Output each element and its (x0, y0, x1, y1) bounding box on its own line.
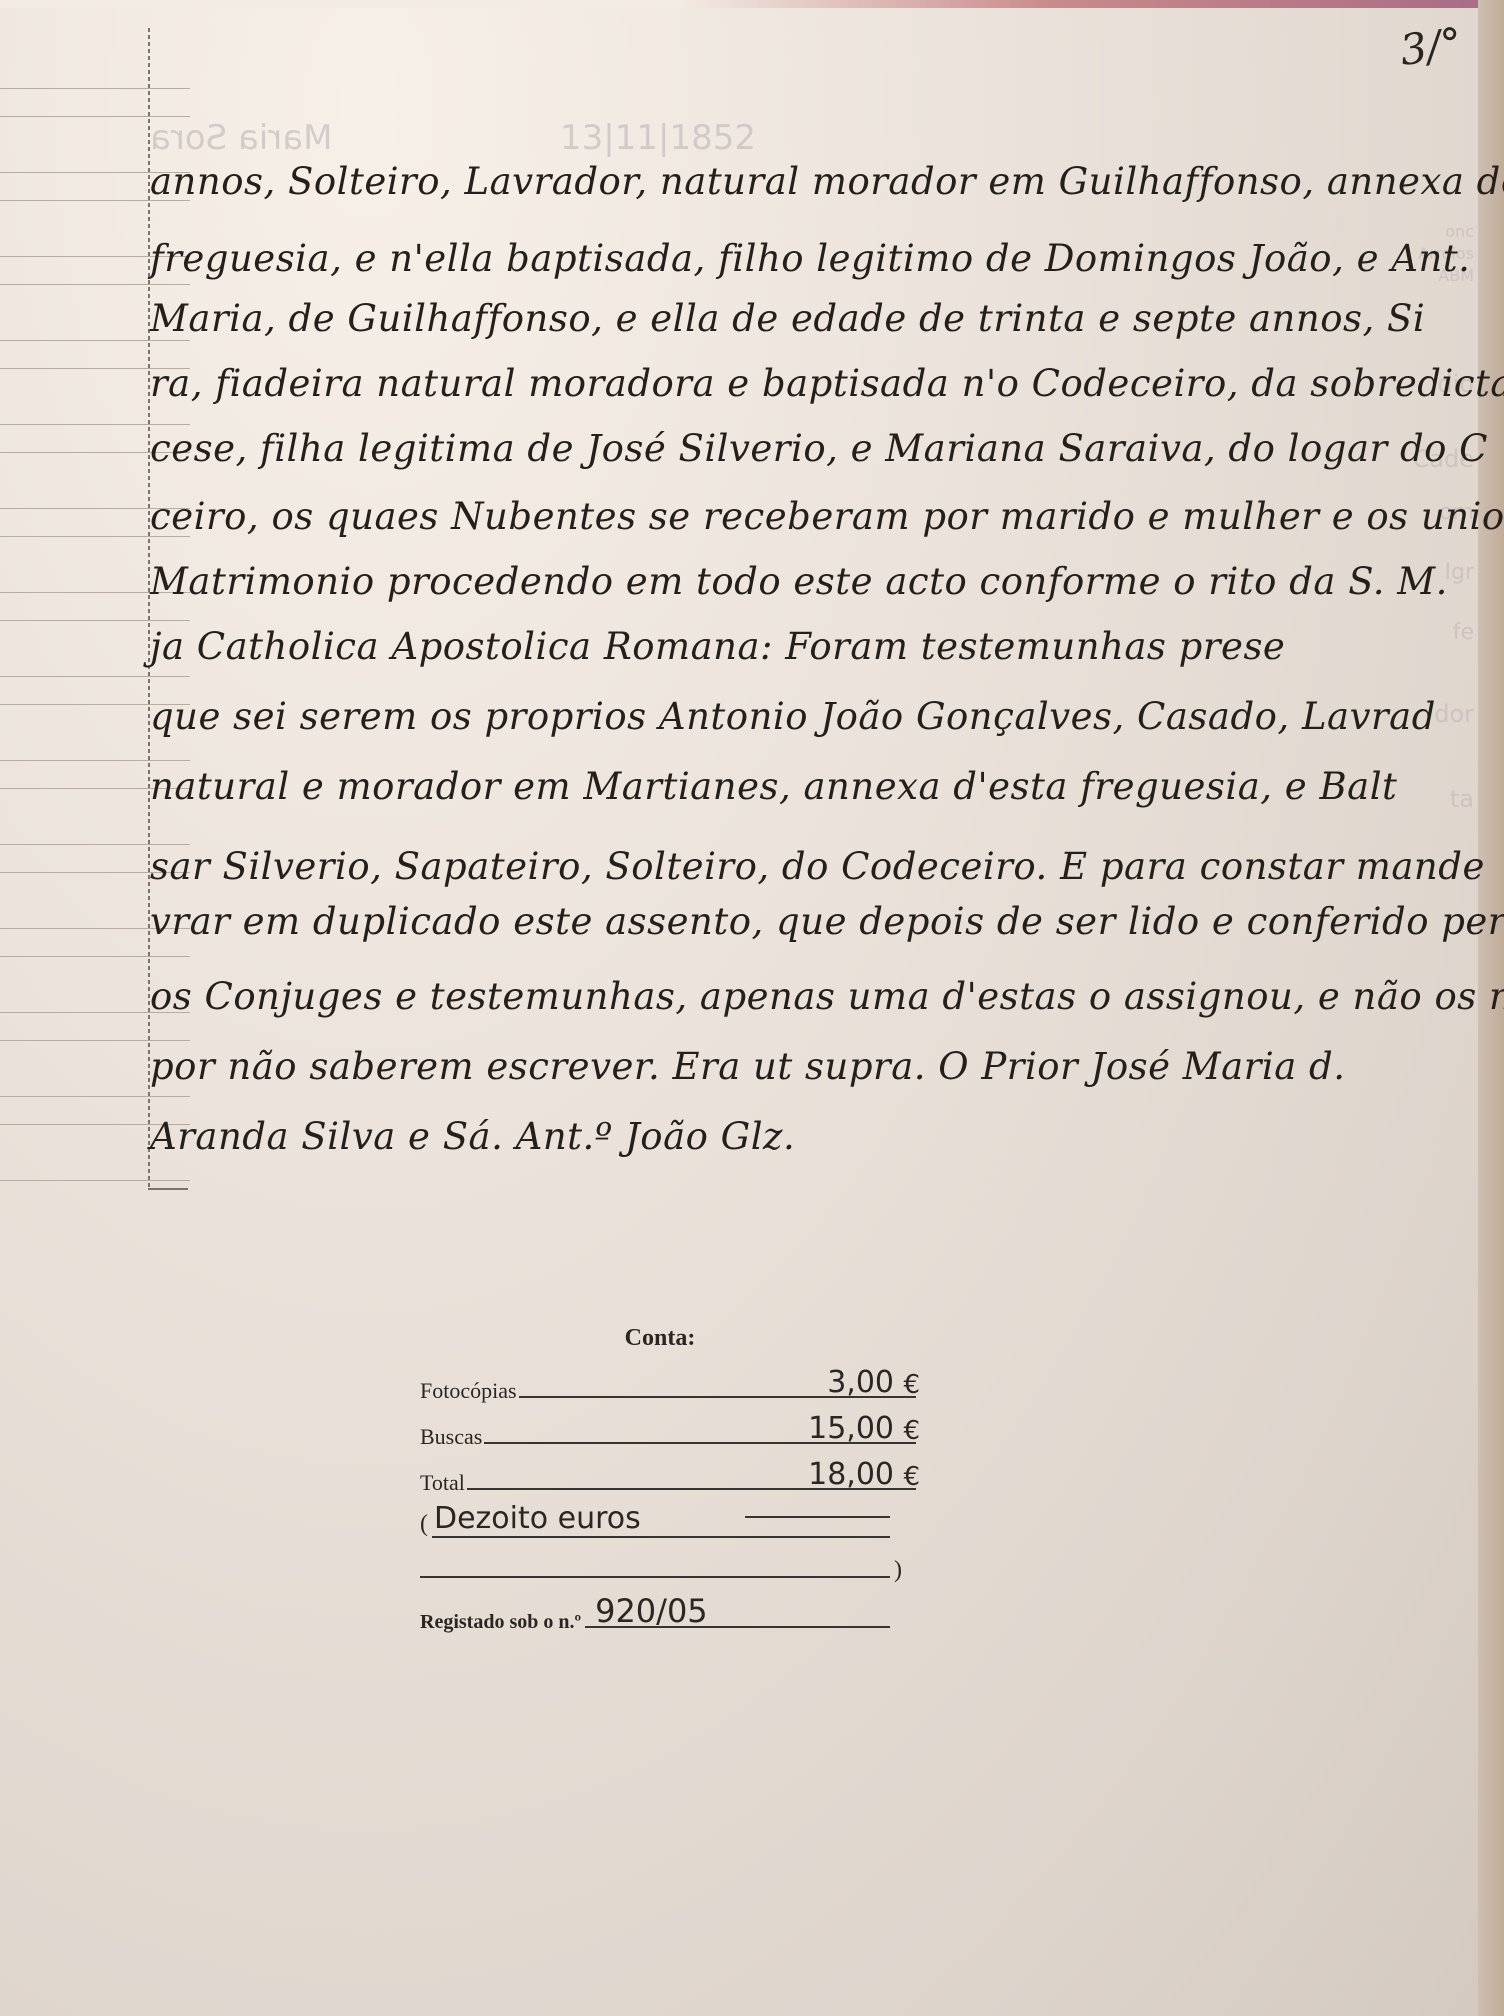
handwritten-line: por não saberem escrever. Era ut supra. … (150, 1045, 1464, 1088)
bleed-through-text: 13|11|1852 (560, 118, 756, 158)
fee-label: Total (420, 1470, 465, 1496)
fee-fill-line: 18,00 € (467, 1488, 916, 1490)
handwritten-line: sar Silverio, Sapateiro, Solteiro, do Co… (150, 845, 1464, 888)
paren-open: ( (420, 1511, 428, 1538)
registration-row: Registado sob o n.º 920/05 (420, 1588, 920, 1634)
handwritten-line: ra, fiadeira natural moradora e baptisad… (150, 362, 1464, 405)
fee-stamp: Conta: Fotocópias 3,00 € Buscas 15,00 € … (420, 1325, 920, 1634)
paren-close: ) (894, 1557, 902, 1584)
ruled-line (0, 620, 190, 621)
fee-fill-line: 3,00 € (519, 1396, 916, 1398)
handwritten-line: freguesia, e n'ella baptisada, filho leg… (150, 237, 1464, 280)
ruled-line (0, 88, 190, 89)
fee-row-total: Total 18,00 € (420, 1450, 920, 1496)
ruled-line (0, 1096, 190, 1097)
words-underline (432, 1536, 890, 1538)
bleed-through-text: Maria Sora (150, 118, 332, 158)
fee-row-buscas: Buscas 15,00 € (420, 1404, 920, 1450)
ruled-line (0, 760, 190, 761)
fee-label: Fotocópias (420, 1378, 517, 1404)
fee-value: 3,00 (827, 1365, 894, 1400)
ruled-line (0, 1180, 190, 1181)
top-background-strip (0, 0, 1504, 8)
handwritten-line: que sei serem os proprios Antonio João G… (150, 695, 1464, 738)
ruled-line (0, 676, 190, 677)
margin-rule-end (148, 1188, 188, 1190)
fee-row-fotocopias: Fotocópias 3,00 € (420, 1358, 920, 1404)
fee-value: 18,00 (808, 1457, 894, 1492)
handwritten-line: ceiro, os quaes Nubentes se receberam po… (150, 495, 1464, 538)
ruled-line (0, 956, 190, 957)
euro-icon: € (903, 1416, 920, 1446)
ruled-line (0, 284, 190, 285)
ruled-line (0, 424, 190, 425)
ruled-line (0, 116, 190, 117)
words-underline (420, 1576, 890, 1578)
registration-fill-line: 920/05 (585, 1626, 890, 1628)
handwritten-line: annos, Solteiro, Lavrador, natural morad… (150, 160, 1464, 203)
fee-stamp-title: Conta: (400, 1325, 920, 1352)
fee-label: Buscas (420, 1424, 482, 1450)
handwritten-signature-line: Aranda Silva e Sá. Ant.º João Glz. (150, 1115, 1464, 1158)
amount-in-words: Dezoito euros (434, 1501, 641, 1536)
registration-label: Registado sob o n.º (420, 1611, 581, 1634)
registration-number: 920/05 (595, 1592, 708, 1630)
handwritten-line: vrar em duplicado este assento, que depo… (150, 900, 1464, 943)
handwritten-line: cese, filha legitima de José Silverio, e… (150, 427, 1464, 470)
fee-value: 15,00 (808, 1411, 894, 1446)
ruled-line (0, 340, 190, 341)
handwritten-line: natural e morador em Martianes, annexa d… (150, 765, 1464, 808)
handwritten-line: os Conjuges e testemunhas, apenas uma d'… (150, 975, 1464, 1018)
folio-number: 3/° (1397, 18, 1465, 75)
words-dash (745, 1516, 890, 1518)
handwritten-line: ja Catholica Apostolica Romana: Foram te… (150, 625, 1464, 668)
euro-icon: € (903, 1370, 920, 1400)
handwritten-line: Matrimonio procedendo em todo este acto … (150, 560, 1464, 603)
fee-fill-line: 15,00 € (484, 1442, 916, 1444)
handwritten-line: Maria, de Guilhaffonso, e ella de edade … (150, 297, 1464, 340)
ruled-line (0, 1040, 190, 1041)
amount-in-words-row-2: ) (420, 1542, 920, 1588)
amount-in-words-row: ( Dezoito euros (420, 1496, 920, 1542)
euro-icon: € (903, 1462, 920, 1492)
